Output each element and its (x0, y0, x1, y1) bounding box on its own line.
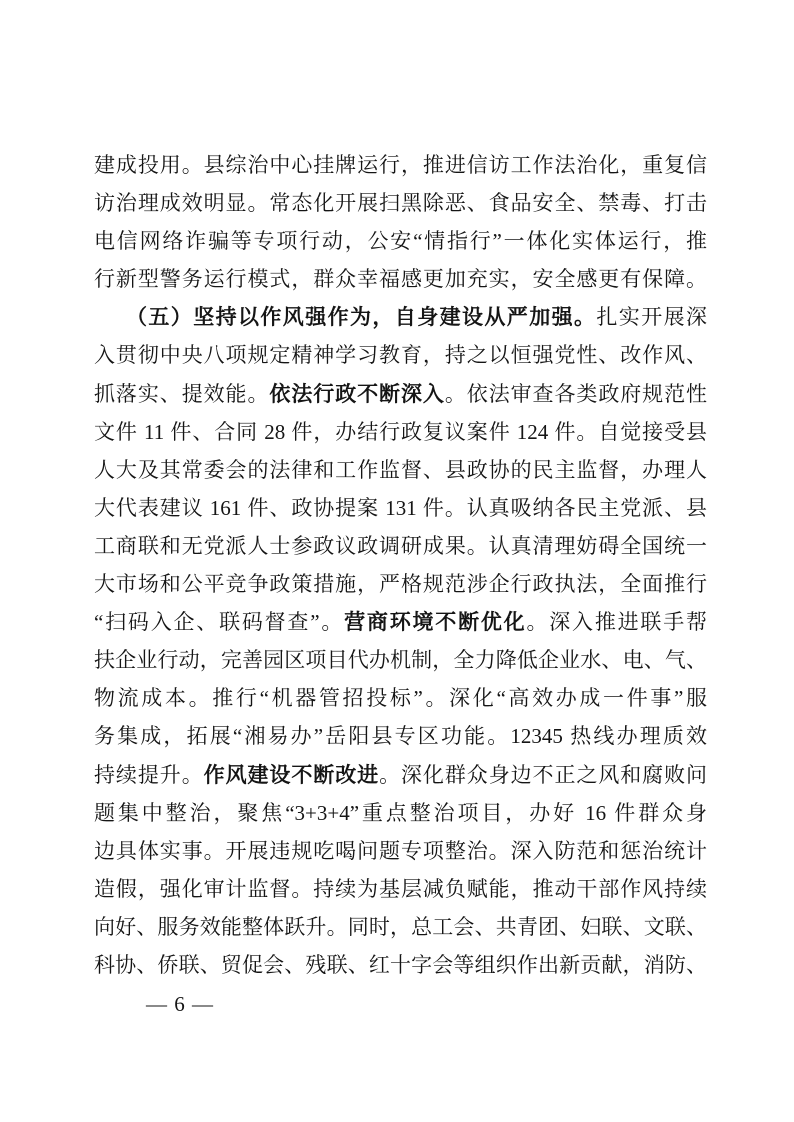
text-segment: 电信网络诈骗等专项行动，公安“情指行”一体化实体运行，推 (94, 229, 707, 253)
document-page: 建成投用。县综治中心挂牌运行，推进信访工作法治化，重复信访治理成效明显。常态化开… (0, 0, 794, 1122)
text-segment: 工商联和无党派人士参政议政调研成果。认真清理妨碍全国统一 (94, 534, 707, 558)
text-segment: 。深化群众身边不正之风和腐败问 (379, 763, 707, 787)
text-segment: 行新型警务运行模式，群众幸福感更加充实，安全感更有保障。 (94, 267, 707, 291)
text-line: 访治理成效明显。常态化开展扫黑除恶、食品安全、禁毒、打击 (94, 184, 707, 222)
text-segment: 造假，强化审计监督。持续为基层减负赋能，推动干部作风持续 (94, 877, 707, 901)
text-segment: “扫码入企、联码督查”。 (94, 610, 344, 634)
text-line: 抓落实、提效能。依法行政不断深入。依法审查各类政府规范性 (94, 375, 707, 413)
text-segment: 科协、侨联、贸促会、残联、红十字会等组织作出新贡献，消防、 (94, 953, 707, 977)
text-segment: 务集成，拓展“湘易办”岳阳县专区功能。12345 热线办理质效 (94, 724, 707, 748)
text-line: 大市场和公平竞争政策措施，严格规范涉企行政执法，全面推行 (94, 565, 707, 603)
bold-text-segment: 作风建设不断改进 (204, 763, 379, 787)
text-line: 向好、服务效能整体跃升。同时，总工会、共青团、妇联、文联、 (94, 908, 707, 946)
text-line: 造假，强化审计监督。持续为基层减负赋能，推动干部作风持续 (94, 870, 707, 908)
text-line: 人大及其常委会的法律和工作监督、县政协的民主监督，办理人 (94, 451, 707, 489)
text-segment: 边具体实事。开展违规吃喝问题专项整治。深入防范和惩治统计 (94, 839, 707, 863)
text-segment: 大代表建议 161 件、政协提案 131 件。认真吸纳各民主党派、县 (94, 496, 707, 520)
text-line: 入贯彻中央八项规定精神学习教育，持之以恒强党性、改作风、 (94, 336, 707, 374)
text-line: 务集成，拓展“湘易办”岳阳县专区功能。12345 热线办理质效 (94, 717, 707, 755)
text-line: 科协、侨联、贸促会、残联、红十字会等组织作出新贡献，消防、 (94, 946, 707, 984)
text-segment: 持续提升。 (94, 763, 204, 787)
bold-text-segment: （五）坚持以作风强作为，自身建设从严加强。 (126, 305, 596, 329)
text-line: 边具体实事。开展违规吃喝问题专项整治。深入防范和惩治统计 (94, 832, 707, 870)
text-segment: 入贯彻中央八项规定精神学习教育，持之以恒强党性、改作风、 (94, 343, 707, 367)
bold-text-segment: 营商环境不断优化 (344, 610, 526, 634)
text-segment: 建成投用。县综治中心挂牌运行，推进信访工作法治化，重复信 (94, 153, 707, 177)
text-segment: 。深入推进联手帮 (526, 610, 707, 634)
paragraph: （五）坚持以作风强作为，自身建设从严加强。扎实开展深入贯彻中央八项规定精神学习教… (94, 298, 707, 984)
text-segment: 向好、服务效能整体跃升。同时，总工会、共青团、妇联、文联、 (94, 915, 707, 939)
text-segment: 大市场和公平竞争政策措施，严格规范涉企行政执法，全面推行 (94, 572, 707, 596)
text-line: 扶企业行动，完善园区项目代办机制，全力降低企业水、电、气、 (94, 641, 707, 679)
text-segment: 题集中整治，聚焦“3+3+4”重点整治项目，办好 16 件群众身 (94, 801, 707, 825)
text-line: 电信网络诈骗等专项行动，公安“情指行”一体化实体运行，推 (94, 222, 707, 260)
text-segment: 扶企业行动，完善园区项目代办机制，全力降低企业水、电、气、 (94, 648, 707, 672)
text-line: 文件 11 件、合同 28 件，办结行政复议案件 124 件。自觉接受县 (94, 413, 707, 451)
text-segment: 抓落实、提效能。 (94, 382, 269, 406)
text-line: （五）坚持以作风强作为，自身建设从严加强。扎实开展深 (94, 298, 707, 336)
text-segment: 人大及其常委会的法律和工作监督、县政协的民主监督，办理人 (94, 458, 707, 482)
text-line: 题集中整治，聚焦“3+3+4”重点整治项目，办好 16 件群众身 (94, 794, 707, 832)
text-line: 大代表建议 161 件、政协提案 131 件。认真吸纳各民主党派、县 (94, 489, 707, 527)
text-line: 行新型警务运行模式，群众幸福感更加充实，安全感更有保障。 (94, 260, 707, 298)
page-number: — 6 — (146, 991, 214, 1017)
text-segment: 物流成本。推行“机器管招投标”。深化“高效办成一件事”服 (94, 686, 707, 710)
text-line: 工商联和无党派人士参政议政调研成果。认真清理妨碍全国统一 (94, 527, 707, 565)
text-line: “扫码入企、联码督查”。营商环境不断优化。深入推进联手帮 (94, 603, 707, 641)
text-segment: 扎实开展深 (596, 305, 707, 329)
text-line: 持续提升。作风建设不断改进。深化群众身边不正之风和腐败问 (94, 756, 707, 794)
paragraph: 建成投用。县综治中心挂牌运行，推进信访工作法治化，重复信访治理成效明显。常态化开… (94, 146, 707, 298)
text-segment: 访治理成效明显。常态化开展扫黑除恶、食品安全、禁毒、打击 (94, 191, 707, 215)
text-line: 建成投用。县综治中心挂牌运行，推进信访工作法治化，重复信 (94, 146, 707, 184)
text-segment: 。依法审查各类政府规范性 (445, 382, 707, 406)
text-segment: 文件 11 件、合同 28 件，办结行政复议案件 124 件。自觉接受县 (94, 420, 707, 444)
document-body: 建成投用。县综治中心挂牌运行，推进信访工作法治化，重复信访治理成效明显。常态化开… (94, 146, 707, 984)
text-line: 物流成本。推行“机器管招投标”。深化“高效办成一件事”服 (94, 679, 707, 717)
bold-text-segment: 依法行政不断深入 (269, 382, 444, 406)
